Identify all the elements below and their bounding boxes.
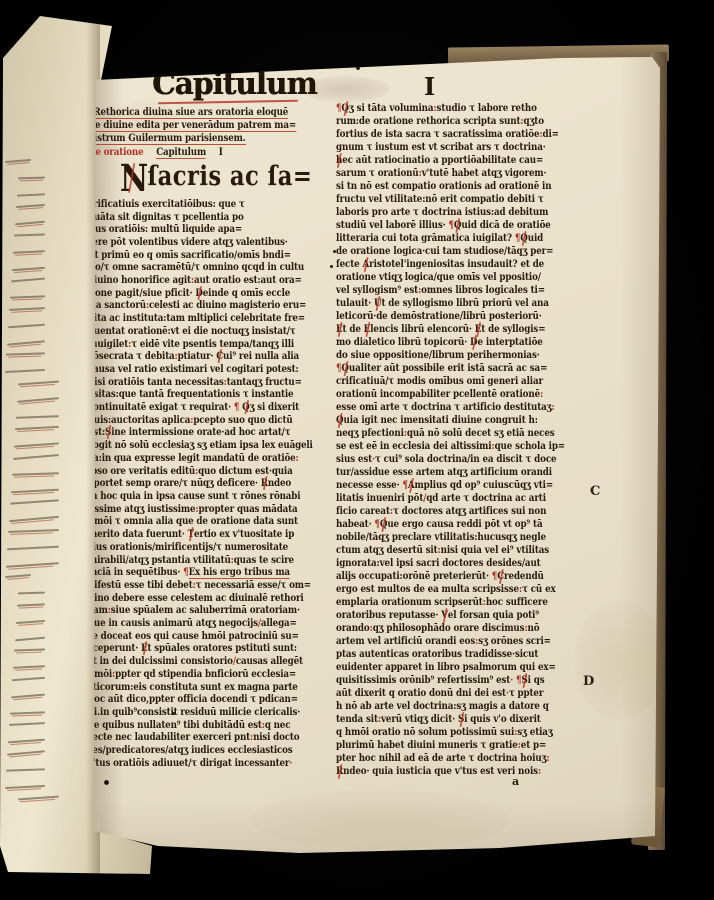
text-line: re doceat eos qui cause hmōi patrociniū … xyxy=(88,630,340,643)
text-line: Et primū eo q omīs sacrificatio/omīs bnd… xyxy=(88,249,340,262)
edge-text-line xyxy=(13,454,59,460)
text-line: pter hoc nihil ad eā de arte τ doctrina … xyxy=(336,752,605,765)
text-line: ergo est multos de ea multa scripsisse:τ… xyxy=(336,583,605,596)
text-line: dita ac instituta:tam mltiplici celebrit… xyxy=(88,312,340,325)
text-line: rere pōt volentibus videre atqʒ valentib… xyxy=(88,236,340,249)
text-line: mirabili/atqʒ pstantia vtilitatū:quas te… xyxy=(88,554,340,567)
text-line: vel syllogism⁹ est:omnes libros logicale… xyxy=(336,284,605,297)
text-line: vt in dei dulcissimi consistorio/causas … xyxy=(88,655,340,668)
text-line: fructu vel vtilitate:nō erit compatio de… xyxy=(336,193,605,206)
edge-text-line xyxy=(17,397,59,403)
text-line: ¶Qʒ si tāta volumina:studio τ labore ret… xyxy=(336,102,605,115)
text-line: tenda sit:verū vtiqʒ dicit· Si quis v'o … xyxy=(336,713,605,726)
text-line: alijs occupati:orōnē preterierūt· ¶Crede… xyxy=(336,570,605,583)
edge-text-line xyxy=(17,193,45,196)
text-line: sius est·τ cui⁹ sola doctrina/in ea disc… xyxy=(336,453,605,466)
edge-text-line xyxy=(13,250,45,254)
edge-text-line xyxy=(12,677,45,681)
signature-mark: a xyxy=(512,775,519,788)
edge-text-line xyxy=(9,722,45,726)
edge-text-line xyxy=(18,381,59,386)
edge-text-line xyxy=(14,233,45,236)
margin-dot xyxy=(330,265,333,268)
text-line: est:Sine intermissione orate·ad hoc arta… xyxy=(88,426,340,439)
text-line: quis:auctoritas aplica:pcepto suo quo di… xyxy=(88,414,340,427)
edge-text-line xyxy=(7,340,45,345)
left-column-text: crificatiuis exercitatiōibus: que τquāta… xyxy=(88,198,340,770)
edge-text-line xyxy=(8,739,45,744)
text-line: laboris pro arte τ doctrina istius:ad de… xyxy=(336,206,605,219)
margin-dot xyxy=(333,250,336,253)
text-line: res/predicatores/atqʒ iudices ecclesiast… xyxy=(88,744,340,757)
text-line: oratoribus reputasse· Vel forsan quia po… xyxy=(336,609,605,622)
text-line: si tn nō est compatio orationis ad orati… xyxy=(336,180,605,193)
text-line: de oratione logica·cui tam studiose/tāqʒ… xyxy=(336,245,605,258)
edge-text-line xyxy=(18,176,45,179)
text-line: euidenter apparet in libro psalmorum qui… xyxy=(336,661,605,674)
edge-text-line xyxy=(17,603,45,606)
left-text-column: ¶Rethorica diuina siue ars oratoria eloq… xyxy=(88,106,338,769)
text-line: quāta sit dignitas τ pcellentia po xyxy=(88,211,340,224)
chapter-opening: Nſacris ac ſa= xyxy=(120,161,340,197)
wormhole xyxy=(300,864,303,867)
edge-text-line xyxy=(9,516,59,522)
text-line: h nō ab arte vel doctrina:sʒ magis a dat… xyxy=(336,700,605,713)
text-line: hmōi:ppter qd stipendia bnficiorū eccles… xyxy=(88,668,340,681)
edge-text-line xyxy=(14,649,45,652)
text-line: tulauit· Ut de syllogismo librū priorū v… xyxy=(336,297,605,310)
text-line: Et de Elencis librū elencorū· Et de syll… xyxy=(336,323,605,336)
text-line: ctum atqʒ desertū sit:nisi quia vel ei⁹ … xyxy=(336,544,605,557)
edge-text-line xyxy=(7,545,59,550)
text-line: tie diuine edita per venerādum patrem ma… xyxy=(88,119,340,132)
text-line: inuigilet:τ eidē vite psentis tempa/tanq… xyxy=(88,338,340,351)
text-line: hmōi τ omnia alia que de oratione data s… xyxy=(88,515,340,528)
text-line: oratione vtiqʒ logica/que omīs vel pposi… xyxy=(336,271,605,284)
text-line: in hoc quia in ipsa cause sunt τ rōnes r… xyxy=(88,490,340,503)
edge-text-line xyxy=(15,636,45,641)
edge-text-line xyxy=(18,796,59,801)
edge-text-line xyxy=(16,204,45,208)
text-line: lissime atqʒ iustissime:propter quas mād… xyxy=(88,503,340,516)
text-line: sia sanctorū:celesti ac diuino magisteri… xyxy=(88,299,340,312)
text-line: causa vel ratio existimari vel cogitari … xyxy=(88,363,340,376)
text-line: orando:qʒ philosophādo orare discimus:nō xyxy=(336,622,605,635)
text-line: emplaria orationum scripserūt:hoc suffic… xyxy=(336,596,605,609)
marginal-letter-d: D xyxy=(583,674,594,689)
text-line: tio/τ omne sacramētū/τ omnino qcqd in cu… xyxy=(88,261,340,274)
edge-text-line xyxy=(16,415,59,418)
edge-text-line xyxy=(15,426,59,430)
text-line: nino debere esse celestem ac diuinalē re… xyxy=(88,592,340,605)
text-line: gistrum Guilermum parisiensem. xyxy=(88,132,340,145)
text-line: continuitatē exigat τ requirat· ¶ Qʒ si … xyxy=(88,401,340,414)
text-line: habeat· ¶Que ergo causa reddi pōt vt op⁹… xyxy=(336,518,605,531)
right-column-text: ¶Qʒ si tāta volumina:studio τ labore ret… xyxy=(336,102,605,778)
edge-text-line xyxy=(13,665,45,669)
bottom-edge-shadow xyxy=(100,800,660,855)
wormhole xyxy=(104,780,109,785)
text-line: necesse esse· ¶Amplius qd op⁹ cuiuscūqʒ … xyxy=(336,479,605,492)
text-line: q hmōi oratio nō solum potissimū sui:sʒ … xyxy=(336,726,605,739)
text-line: nifestū esse tibi debet:τ necessariā ess… xyxy=(88,579,340,592)
text-line: nisi oratiōis tanta necessitas:tantaqʒ f… xyxy=(88,376,340,389)
wormhole xyxy=(356,66,360,70)
book-page: Capitulum I ¶Rethorica diuina siue ars o… xyxy=(0,0,714,900)
text-line: ignorata:vel ipsi sacri doctores desides… xyxy=(336,557,605,570)
edge-text-line xyxy=(14,443,59,448)
edge-text-line xyxy=(10,500,59,505)
text-line: ¶Qualiter aūt possibile erit istā sacrā … xyxy=(336,362,605,375)
edge-text-line xyxy=(7,750,45,755)
text-line: sceperunt· Et spūales oratores pstituti … xyxy=(88,642,340,655)
text-line: gnum τ iustum est vt scribat ars τ doctr… xyxy=(336,141,605,154)
text-line: Quia igit nec imensitati diuine congruit… xyxy=(336,414,605,427)
text-line: orationū incompabiliter pcellentē oratio… xyxy=(336,388,605,401)
edge-text-line xyxy=(6,353,45,356)
edge-text-line xyxy=(6,768,45,771)
wormhole xyxy=(126,884,131,889)
edge-text-line xyxy=(6,562,59,568)
text-line: cogit nō solū ecclesiaʒ sʒ etiam ipsa le… xyxy=(88,439,340,452)
edge-text-line xyxy=(5,159,31,163)
edge-text-line xyxy=(5,574,31,578)
edge-text-line xyxy=(12,472,59,476)
text-line: ptas autenticas oratoribus tradidisse·si… xyxy=(336,648,605,661)
text-line: esse omī arte τ doctrina τ artificio des… xyxy=(336,401,605,414)
text-line: fecte Aristotel'ingeniositas insudauit? … xyxy=(336,258,605,271)
text-line: que in causis animarū atqʒ negocijs/alle… xyxy=(88,617,340,630)
text-line: ficio careat:τ doctores atqʒ artifices s… xyxy=(336,505,605,518)
text-line: sticorum:eis constituta sunt ex magna pa… xyxy=(88,681,340,694)
edge-text-line xyxy=(12,266,45,270)
text-line: cōsecrata τ debita:ptiatur· Cui⁹ rei nul… xyxy=(88,350,340,363)
text-line: tur/assidue esse artem atqʒ artificium o… xyxy=(336,466,605,479)
text-line: hoc aūt dico,ppter officia docendi τ pdi… xyxy=(88,693,340,706)
text-line: diuino honorifice agit:aut oratio est:au… xyxy=(88,274,340,287)
running-title: Capitulum xyxy=(152,66,317,102)
text-line: sarum τ orationū:v'tutē habet atqʒ vigor… xyxy=(336,167,605,180)
text-line: ca:in qua expresse legit mandatū de orat… xyxy=(88,452,340,465)
text-line: faciā in sequētibus· ¶Ex his ergo tribus… xyxy=(88,566,340,579)
text-line: ipso ore veritatis editū:quo dictum est·… xyxy=(88,465,340,478)
edge-text-line xyxy=(11,278,45,283)
text-line: ositas:que tantā frequentationis τ insta… xyxy=(88,388,340,401)
edge-text-line xyxy=(9,307,45,311)
edge-text-line xyxy=(10,711,45,714)
edge-text-line xyxy=(8,324,45,329)
incipit-rubric: ¶Rethorica diuina siue ars oratoria eloq… xyxy=(88,106,340,159)
text-line: hec aūt ratiocinatio a pportiōabilitate … xyxy=(336,154,605,167)
text-line: tione pagit/siue pficit· Deinde q omīs e… xyxy=(88,287,340,300)
text-line: cam:siue spūalem ac saluberrimā oratoria… xyxy=(88,604,340,617)
right-text-column: ¶Qʒ si tāta volumina:studio τ labore ret… xyxy=(336,102,616,778)
text-line: crificatiuā/τ modis omībus omī generi al… xyxy=(336,375,605,388)
text-line: di.in quib⁹consistit residuū milicie cle… xyxy=(88,706,340,719)
edge-text-line xyxy=(10,296,45,299)
text-line: se est eē in ecclesia dei altissimi:que … xyxy=(336,440,605,453)
edge-text-line xyxy=(16,620,45,624)
edge-text-line xyxy=(11,488,59,493)
text-line: nobile/tāqʒ preclare vtilitatis:hucusqʒ … xyxy=(336,531,605,544)
initial-letter: N xyxy=(120,163,148,193)
wormhole xyxy=(84,874,88,878)
text-line: recte nec laudabiliter exerceri pnt:nisi… xyxy=(88,731,340,744)
text-line: quisitissimis orōnib⁹ refertissim⁹ est· … xyxy=(336,674,605,687)
text-line: plurimū habet diuini muneris τ gratie:et… xyxy=(336,739,605,752)
edge-text-line xyxy=(18,592,45,595)
edge-text-line xyxy=(8,529,59,533)
text-line: sius orationis/mirificentijs/τ numerosit… xyxy=(88,541,340,554)
fore-edge-shadow xyxy=(620,57,660,847)
text-line: leticorū·de demōstratione/librū posterio… xyxy=(336,310,605,323)
text-line: v'tus oratiōis adiuuet/τ dirigat incessa… xyxy=(88,757,340,770)
opening-words: ſacris ac ſa= xyxy=(147,161,312,192)
marginal-letter-c: C xyxy=(590,484,600,499)
text-line: studiū vel laborē illius· ¶Quid dicā de … xyxy=(336,219,605,232)
text-line: neqʒ pfectioni:quā nō solū decet sʒ etiā… xyxy=(336,427,605,440)
text-line: aūt dixerit q oratio donū dni dei est·τ … xyxy=(336,687,605,700)
text-line: rum:de oratione rethorica scripta sunt:q… xyxy=(336,115,605,128)
edge-text-line xyxy=(5,785,45,789)
text-line: tius oratiōis: multū liquide apa= xyxy=(88,223,340,236)
text-line: Rndeo· quia iusticia que v'tus est veri … xyxy=(336,765,605,778)
book-photograph: Capitulum I ¶Rethorica diuina siue ars o… xyxy=(0,0,714,900)
text-line: de quibus nullaten⁹ tibi dubitādū est:q … xyxy=(88,719,340,732)
text-line: litteraria cui tota grāmatica iuigilat? … xyxy=(336,232,605,245)
wormhole xyxy=(263,61,266,64)
wormhole xyxy=(160,846,164,850)
text-line: do siue oppositione/librum perihermonias… xyxy=(336,349,605,362)
text-line: litatis inueniri pōt/qd arte τ doctrina … xyxy=(336,492,605,505)
text-line: oportet semp orare/τ nūqʒ deficere· Rnde… xyxy=(88,477,340,490)
margin-dot xyxy=(172,712,175,715)
text-line: ¶Rethorica diuina siue ars oratoria eloq… xyxy=(88,106,340,119)
text-line: artem vel artificiū orandi eos:sʒ orōnes… xyxy=(336,635,605,648)
text-line: mo dialetico librū topicorū· De interpta… xyxy=(336,336,605,349)
text-line: quentat orationē:vt ei die noctuqʒ insis… xyxy=(88,325,340,338)
text-line: fortius de ista sacra τ sacratissima ora… xyxy=(336,128,605,141)
edge-text-line xyxy=(11,693,45,698)
text-line: merito data fuerunt· Tertio ex v'tuosita… xyxy=(88,528,340,541)
edge-text-line xyxy=(15,221,45,226)
chapter-numeral: I xyxy=(424,72,435,101)
edge-text-line xyxy=(5,369,45,373)
